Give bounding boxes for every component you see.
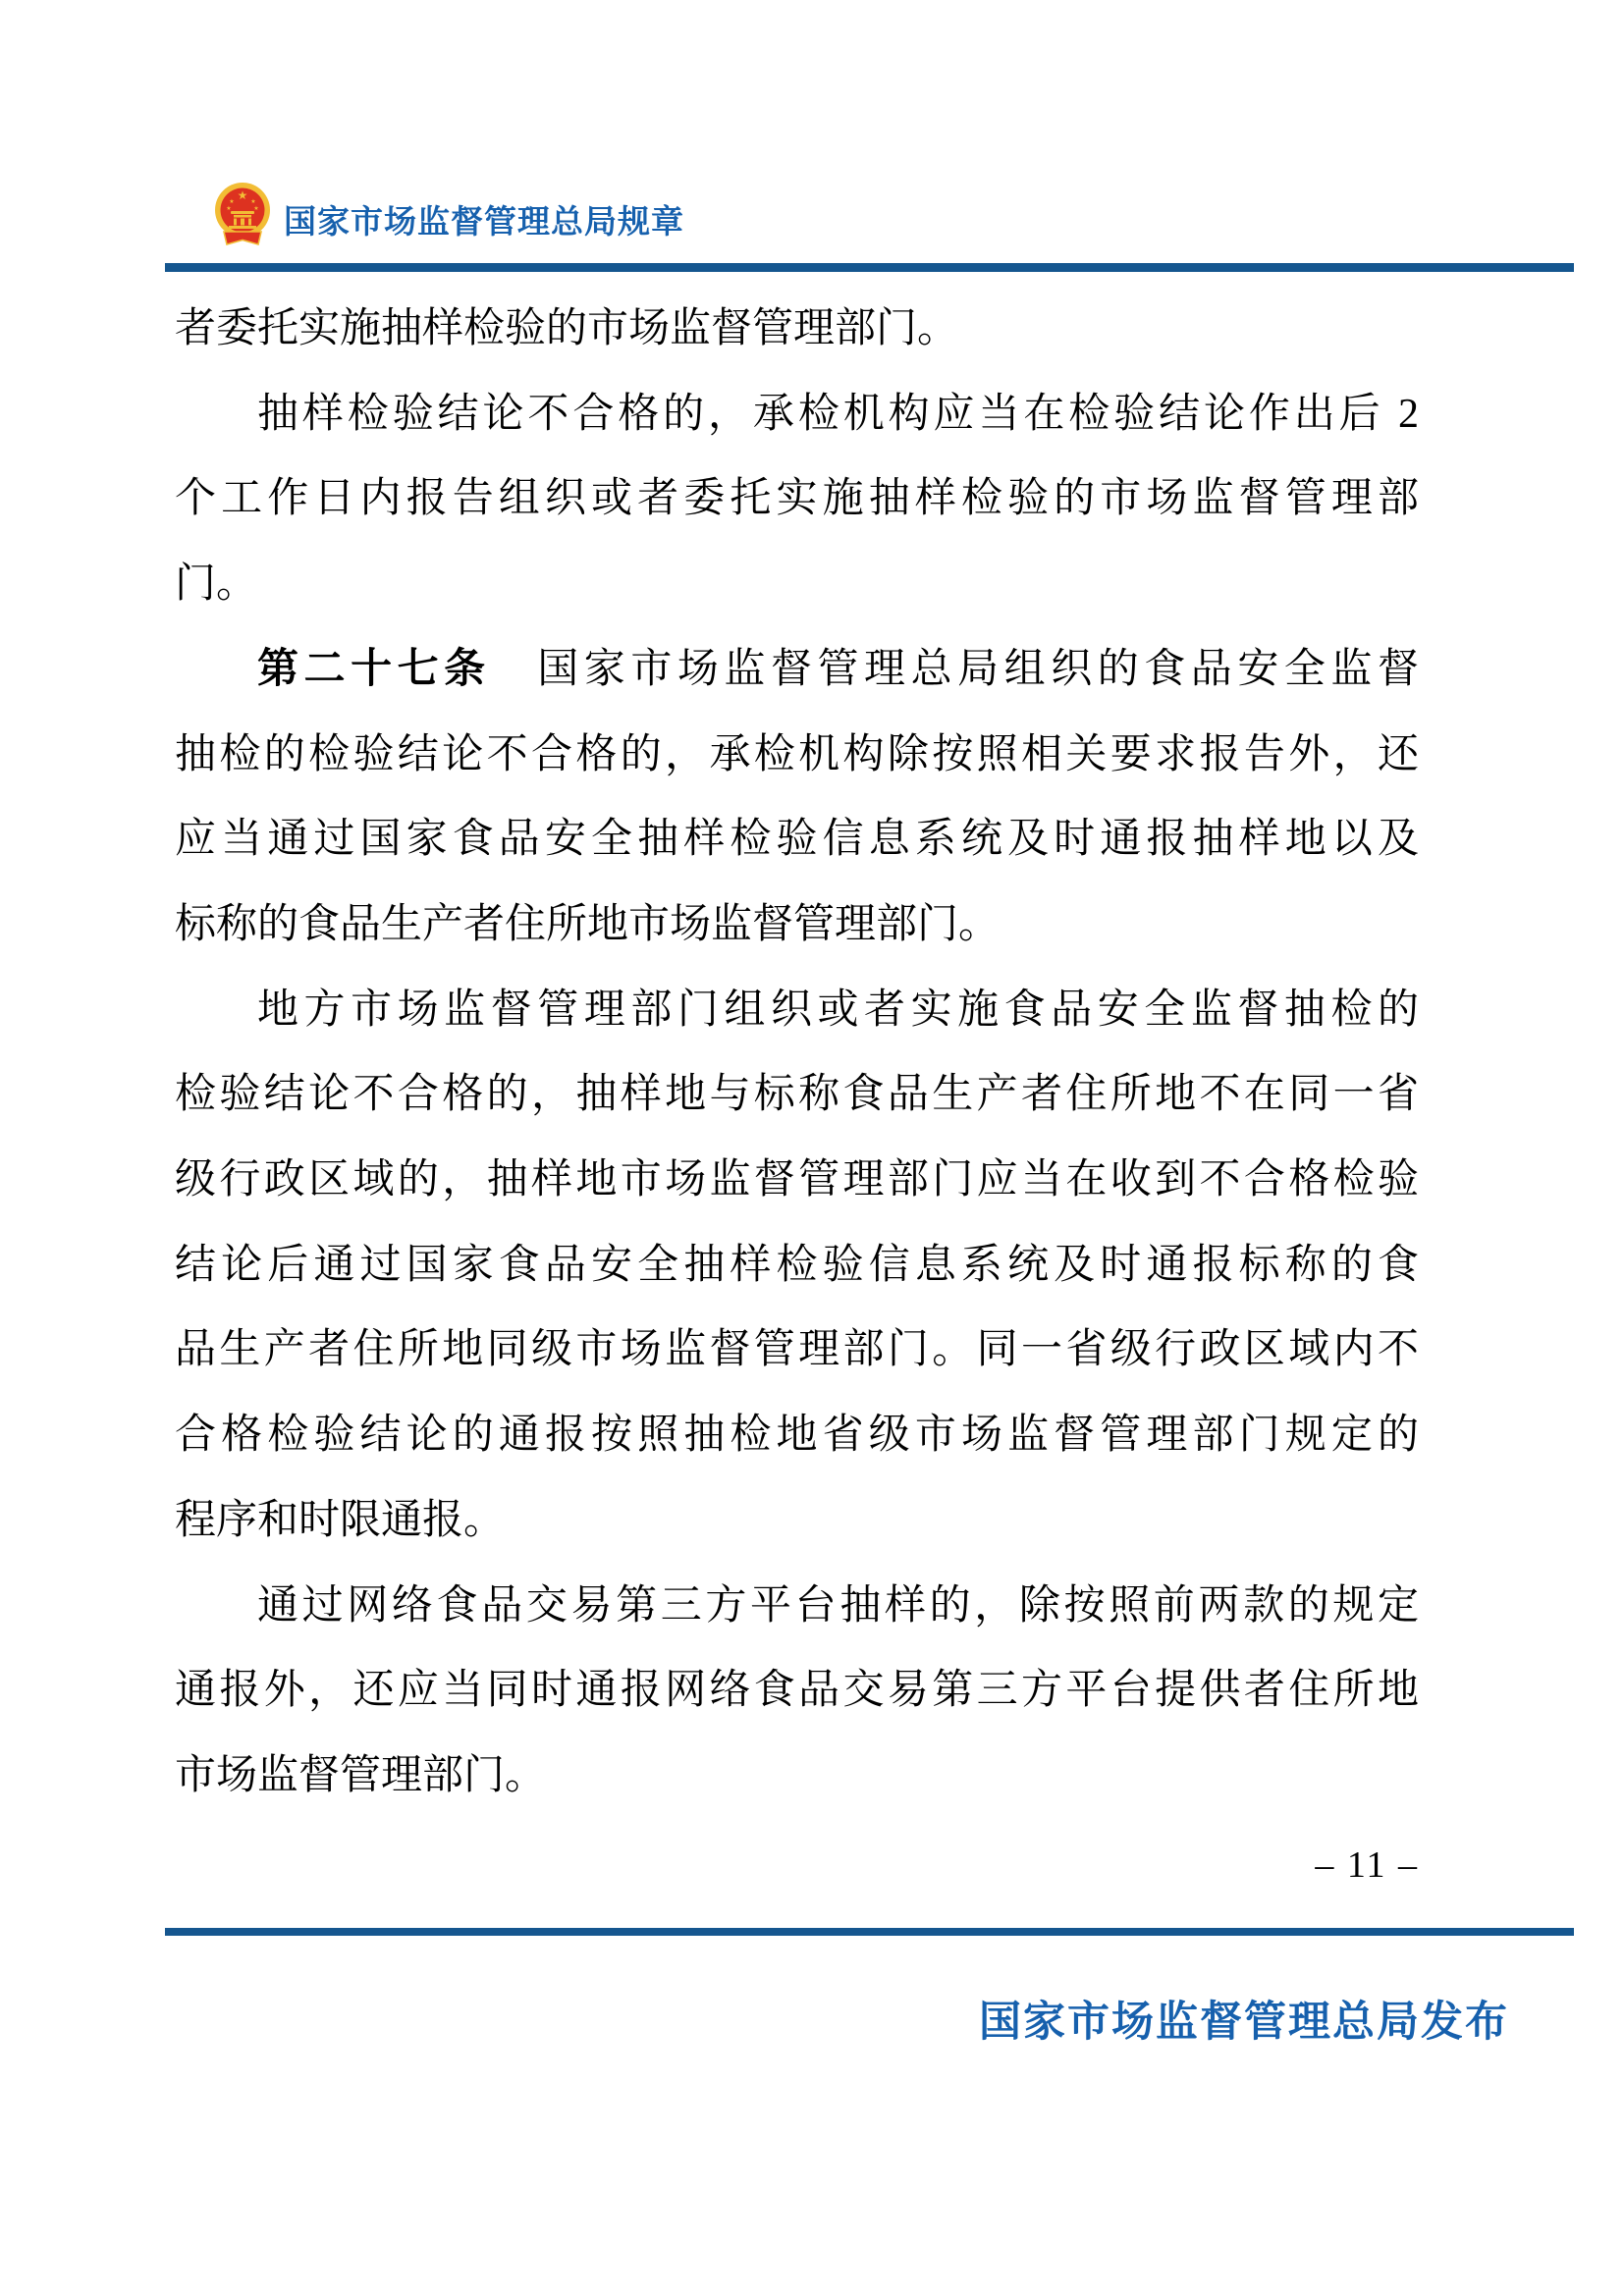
body-text-line: 级行政区域的，抽样地市场监督管理部门应当在收到不合格检验: [175, 1138, 1419, 1223]
svg-text:★: ★: [229, 198, 234, 205]
header-title: 国家市场监督管理总局规章: [284, 196, 684, 242]
page-number: – 11 –: [1315, 1843, 1419, 1887]
header-rule: [165, 263, 1574, 272]
body-text-line: 应当通过国家食品安全抽样检验信息系统及时通报抽样地以及: [175, 797, 1419, 882]
body-text-line: 通过网络食品交易第三方平台抽样的，除按照前两款的规定: [175, 1564, 1419, 1649]
article-number-bold: 第二十七条: [257, 647, 491, 692]
body-text-line: 门。: [175, 542, 1419, 627]
body-text-line: 个工作日内报告组织或者委托实施抽样检验的市场监督管理部: [175, 456, 1419, 542]
body-text: 者委托实施抽样检验的市场监督管理部门。抽样检验结论不合格的，承检机构应当在检验结…: [175, 287, 1419, 1819]
svg-text:★: ★: [238, 188, 248, 202]
body-text-line: 品生产者住所地同级市场监督管理部门。同一省级行政区域内不: [175, 1308, 1419, 1393]
body-text-line: 合格检验结论的通报按照抽检地省级市场监督管理部门规定的: [175, 1393, 1419, 1478]
body-text-line: 者委托实施抽样检验的市场监督管理部门。: [175, 287, 1419, 372]
body-text-line: 标称的食品生产者住所地市场监督管理部门。: [175, 882, 1419, 968]
document-page: ★ ★ ★ ★ ★ 国家市场监督管理总局规章 者委托实施抽样检验的市场监督管理部…: [0, 0, 1624, 2296]
svg-text:★: ★: [226, 205, 231, 212]
china-national-emblem-icon: ★ ★ ★ ★ ★: [214, 182, 271, 248]
body-text-line: 抽检的检验结论不合格的，承检机构除按照相关要求报告外，还: [175, 713, 1419, 798]
body-text-line: 通报外，还应当同时通报网络食品交易第三方平台提供者住所地: [175, 1648, 1419, 1734]
body-text-line: 抽样检验结论不合格的，承检机构应当在检验结论作出后 2: [175, 372, 1419, 457]
body-text-line: 第二十七条 国家市场监督管理总局组织的食品安全监督: [175, 627, 1419, 713]
svg-text:★: ★: [250, 198, 255, 205]
body-text-line: 结论后通过国家食品安全抽样检验信息系统及时通报标称的食: [175, 1223, 1419, 1308]
body-text-line: 检验结论不合格的，抽样地与标称食品生产者住所地不在同一省: [175, 1052, 1419, 1138]
svg-text:★: ★: [253, 205, 258, 212]
body-text-line: 地方市场监督管理部门组织或者实施食品安全监督抽检的: [175, 968, 1419, 1053]
body-text-line: 市场监督管理部门。: [175, 1734, 1419, 1819]
footer-publisher: 国家市场监督管理总局发布: [979, 1989, 1509, 2049]
footer-rule: [165, 1928, 1574, 1936]
body-text-line: 程序和时限通报。: [175, 1478, 1419, 1564]
